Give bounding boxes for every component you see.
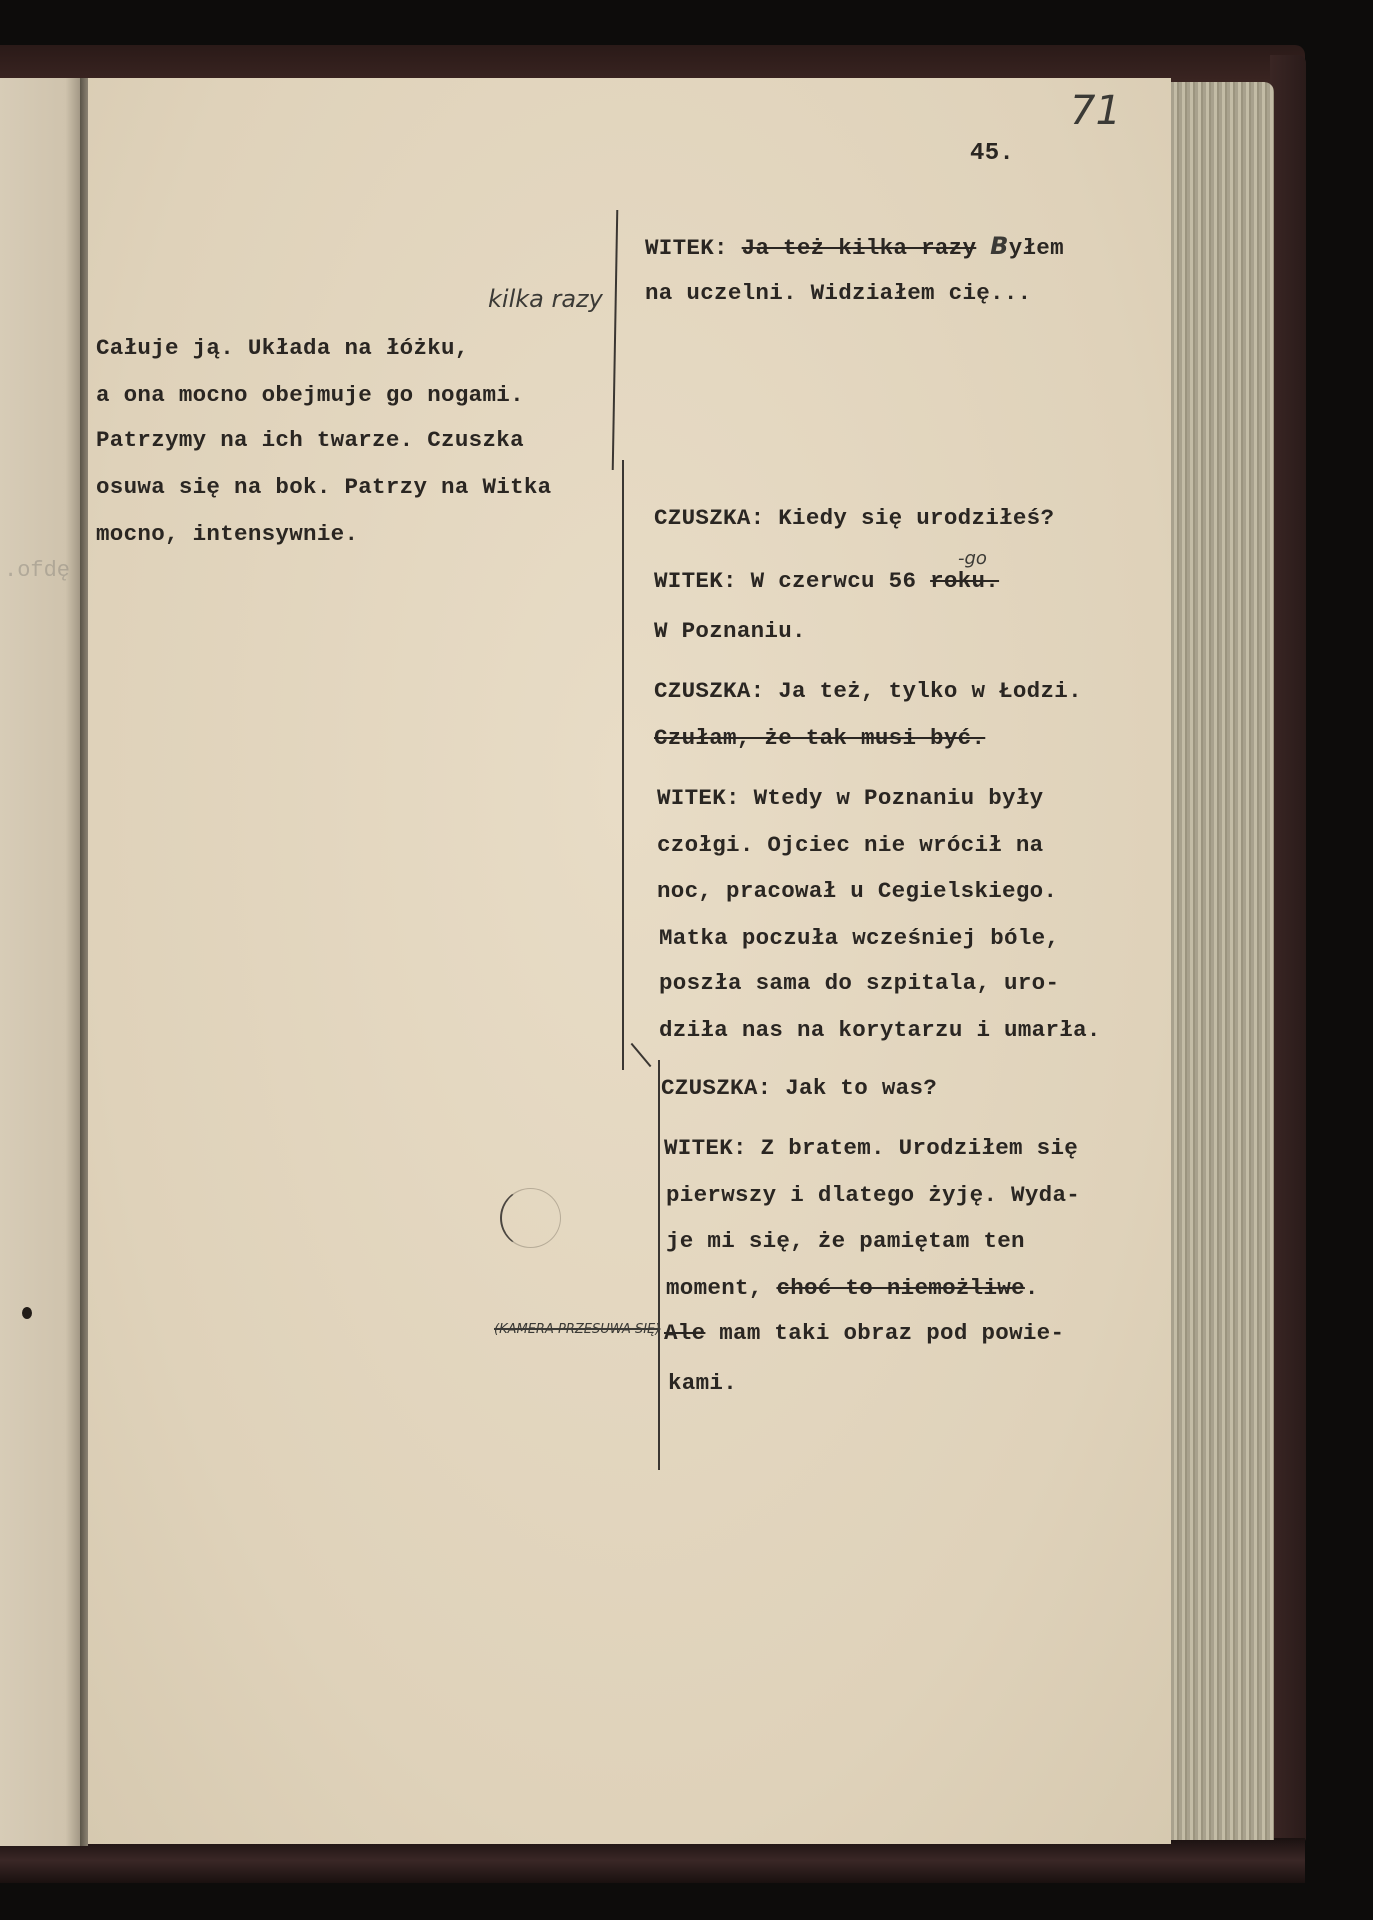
margin-rule-bottom — [658, 1060, 660, 1470]
stage-line: Całuje ją. Układa na łóżku, — [96, 335, 469, 361]
dialogue-line: dziła nas na korytarzu i umarła. — [659, 1017, 1101, 1043]
page-block-edge — [1171, 82, 1274, 1840]
struck-text: roku. — [930, 568, 999, 594]
book-cover-bottom — [0, 1838, 1305, 1883]
stage-line: Patrzymy na ich twarze. Czuszka — [96, 427, 524, 453]
dialogue-line: na uczelni. Widziałem cię... — [645, 280, 1031, 306]
margin-note-kilka-razy: kilka razy — [488, 285, 603, 313]
stage-line: mocno, intensywnie. — [96, 521, 358, 547]
dialogue-line: WITEK: Z bratem. Urodziłem się — [664, 1135, 1078, 1161]
struck-text: Ale — [664, 1320, 705, 1346]
struck-dialogue-line: Czułam, że tak musi być. — [654, 725, 985, 751]
dialogue-line: WITEK: Wtedy w Poznaniu były — [657, 785, 1043, 811]
margin-note-crossed: (KAMERA PRZESUWA SIĘ) — [494, 1322, 660, 1337]
dialogue-line: pierwszy i dlatego żyję. Wyda- — [666, 1182, 1080, 1208]
ink-blot — [22, 1307, 32, 1319]
stage-line: a ona mocno obejmuje go nogami. — [96, 382, 524, 408]
dialogue-line: poszła sama do szpitala, uro- — [659, 970, 1059, 996]
struck-text: Ja też kilka razy — [742, 235, 977, 261]
struck-text: choć to niemożliwe — [776, 1275, 1024, 1301]
page-number: 45. — [970, 140, 1014, 167]
dialogue-line: noc, pracował u Cegielskiego. — [657, 878, 1057, 904]
handwritten-insert: B — [990, 232, 1009, 260]
dialogue-line: moment, choć to niemożliwe. — [666, 1275, 1039, 1301]
dialogue-line: kami. — [668, 1370, 737, 1396]
dialogue-line: je mi się, że pamiętam ten — [666, 1228, 1025, 1254]
stage-line: osuwa się na bok. Patrzy na Witka — [96, 474, 551, 500]
dialogue-line: CZUSZKA: Ja też, tylko w Łodzi. — [654, 678, 1082, 704]
dialogue-line: WITEK: Ja też kilka razy Byłem — [645, 232, 1064, 261]
book-cover-right — [1270, 55, 1306, 1845]
circle-mark — [500, 1188, 561, 1248]
left-page-edge: .ofdę — [0, 78, 82, 1846]
dialogue-line: W Poznaniu. — [654, 618, 806, 644]
dialogue-line: Matka poczuła wcześniej bóle, — [659, 925, 1059, 951]
folio-number: 71 — [1070, 88, 1121, 134]
dialogue-line: czołgi. Ojciec nie wrócił na — [657, 832, 1043, 858]
book-gutter — [80, 78, 88, 1846]
margin-rule-middle — [622, 460, 624, 1070]
dialogue-line: CZUSZKA: Kiedy się urodziłeś? — [654, 505, 1054, 531]
dialogue-line: WITEK: W czerwcu 56 roku. — [654, 568, 999, 594]
dialogue-line: CZUSZKA: Jak to was? — [661, 1075, 937, 1101]
dialogue-line: Ale mam taki obraz pod powie- — [664, 1320, 1064, 1346]
handwritten-insert: -go — [958, 548, 987, 569]
